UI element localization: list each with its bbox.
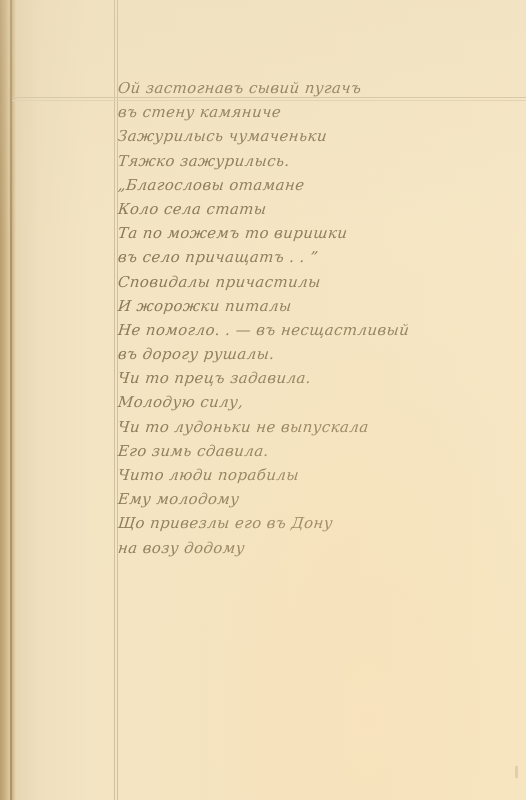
handwritten-text: Ой застогнавъ сывий пугачъ въ стену камя… xyxy=(118,76,498,560)
text-line: Чи то прецъ задавила. xyxy=(117,366,500,390)
text-line: Молодую силу, xyxy=(117,390,500,414)
text-line: Коло села статы xyxy=(117,197,500,221)
text-line: Ой застогнавъ сывий пугачъ xyxy=(117,76,500,100)
text-line: Тяжко зажурилысь. xyxy=(117,149,500,173)
text-line: „Благословы отамане xyxy=(117,173,500,197)
text-line: въ дорогу рушалы. xyxy=(117,342,500,366)
text-line: Его зимь сдавила. xyxy=(117,439,500,463)
text-line: Ему молодому xyxy=(117,487,500,511)
text-line: Чито люди порабилы xyxy=(117,463,500,487)
text-line: И жорожки питалы xyxy=(117,294,500,318)
text-line: Не помогло. . — въ несщастливый xyxy=(117,318,500,342)
text-line: въ село причащатъ . . ” xyxy=(117,245,500,269)
margin-rule-left xyxy=(114,0,115,800)
text-line: Чи то лудоньки не выпускала xyxy=(117,415,500,439)
binding-edge xyxy=(10,0,12,800)
text-line: въ стену камяниче xyxy=(117,100,500,124)
text-line: на возу додому xyxy=(117,536,500,560)
text-line: Сповидалы причастилы xyxy=(117,270,500,294)
text-line: Та по можемъ то виришки xyxy=(117,221,500,245)
text-line: Зажурилысь чумаченьки xyxy=(117,124,500,148)
page-mark xyxy=(515,766,518,778)
text-line: Що привезлы его въ Дону xyxy=(117,511,500,535)
manuscript-page: Ой застогнавъ сывий пугачъ въ стену камя… xyxy=(0,0,526,800)
